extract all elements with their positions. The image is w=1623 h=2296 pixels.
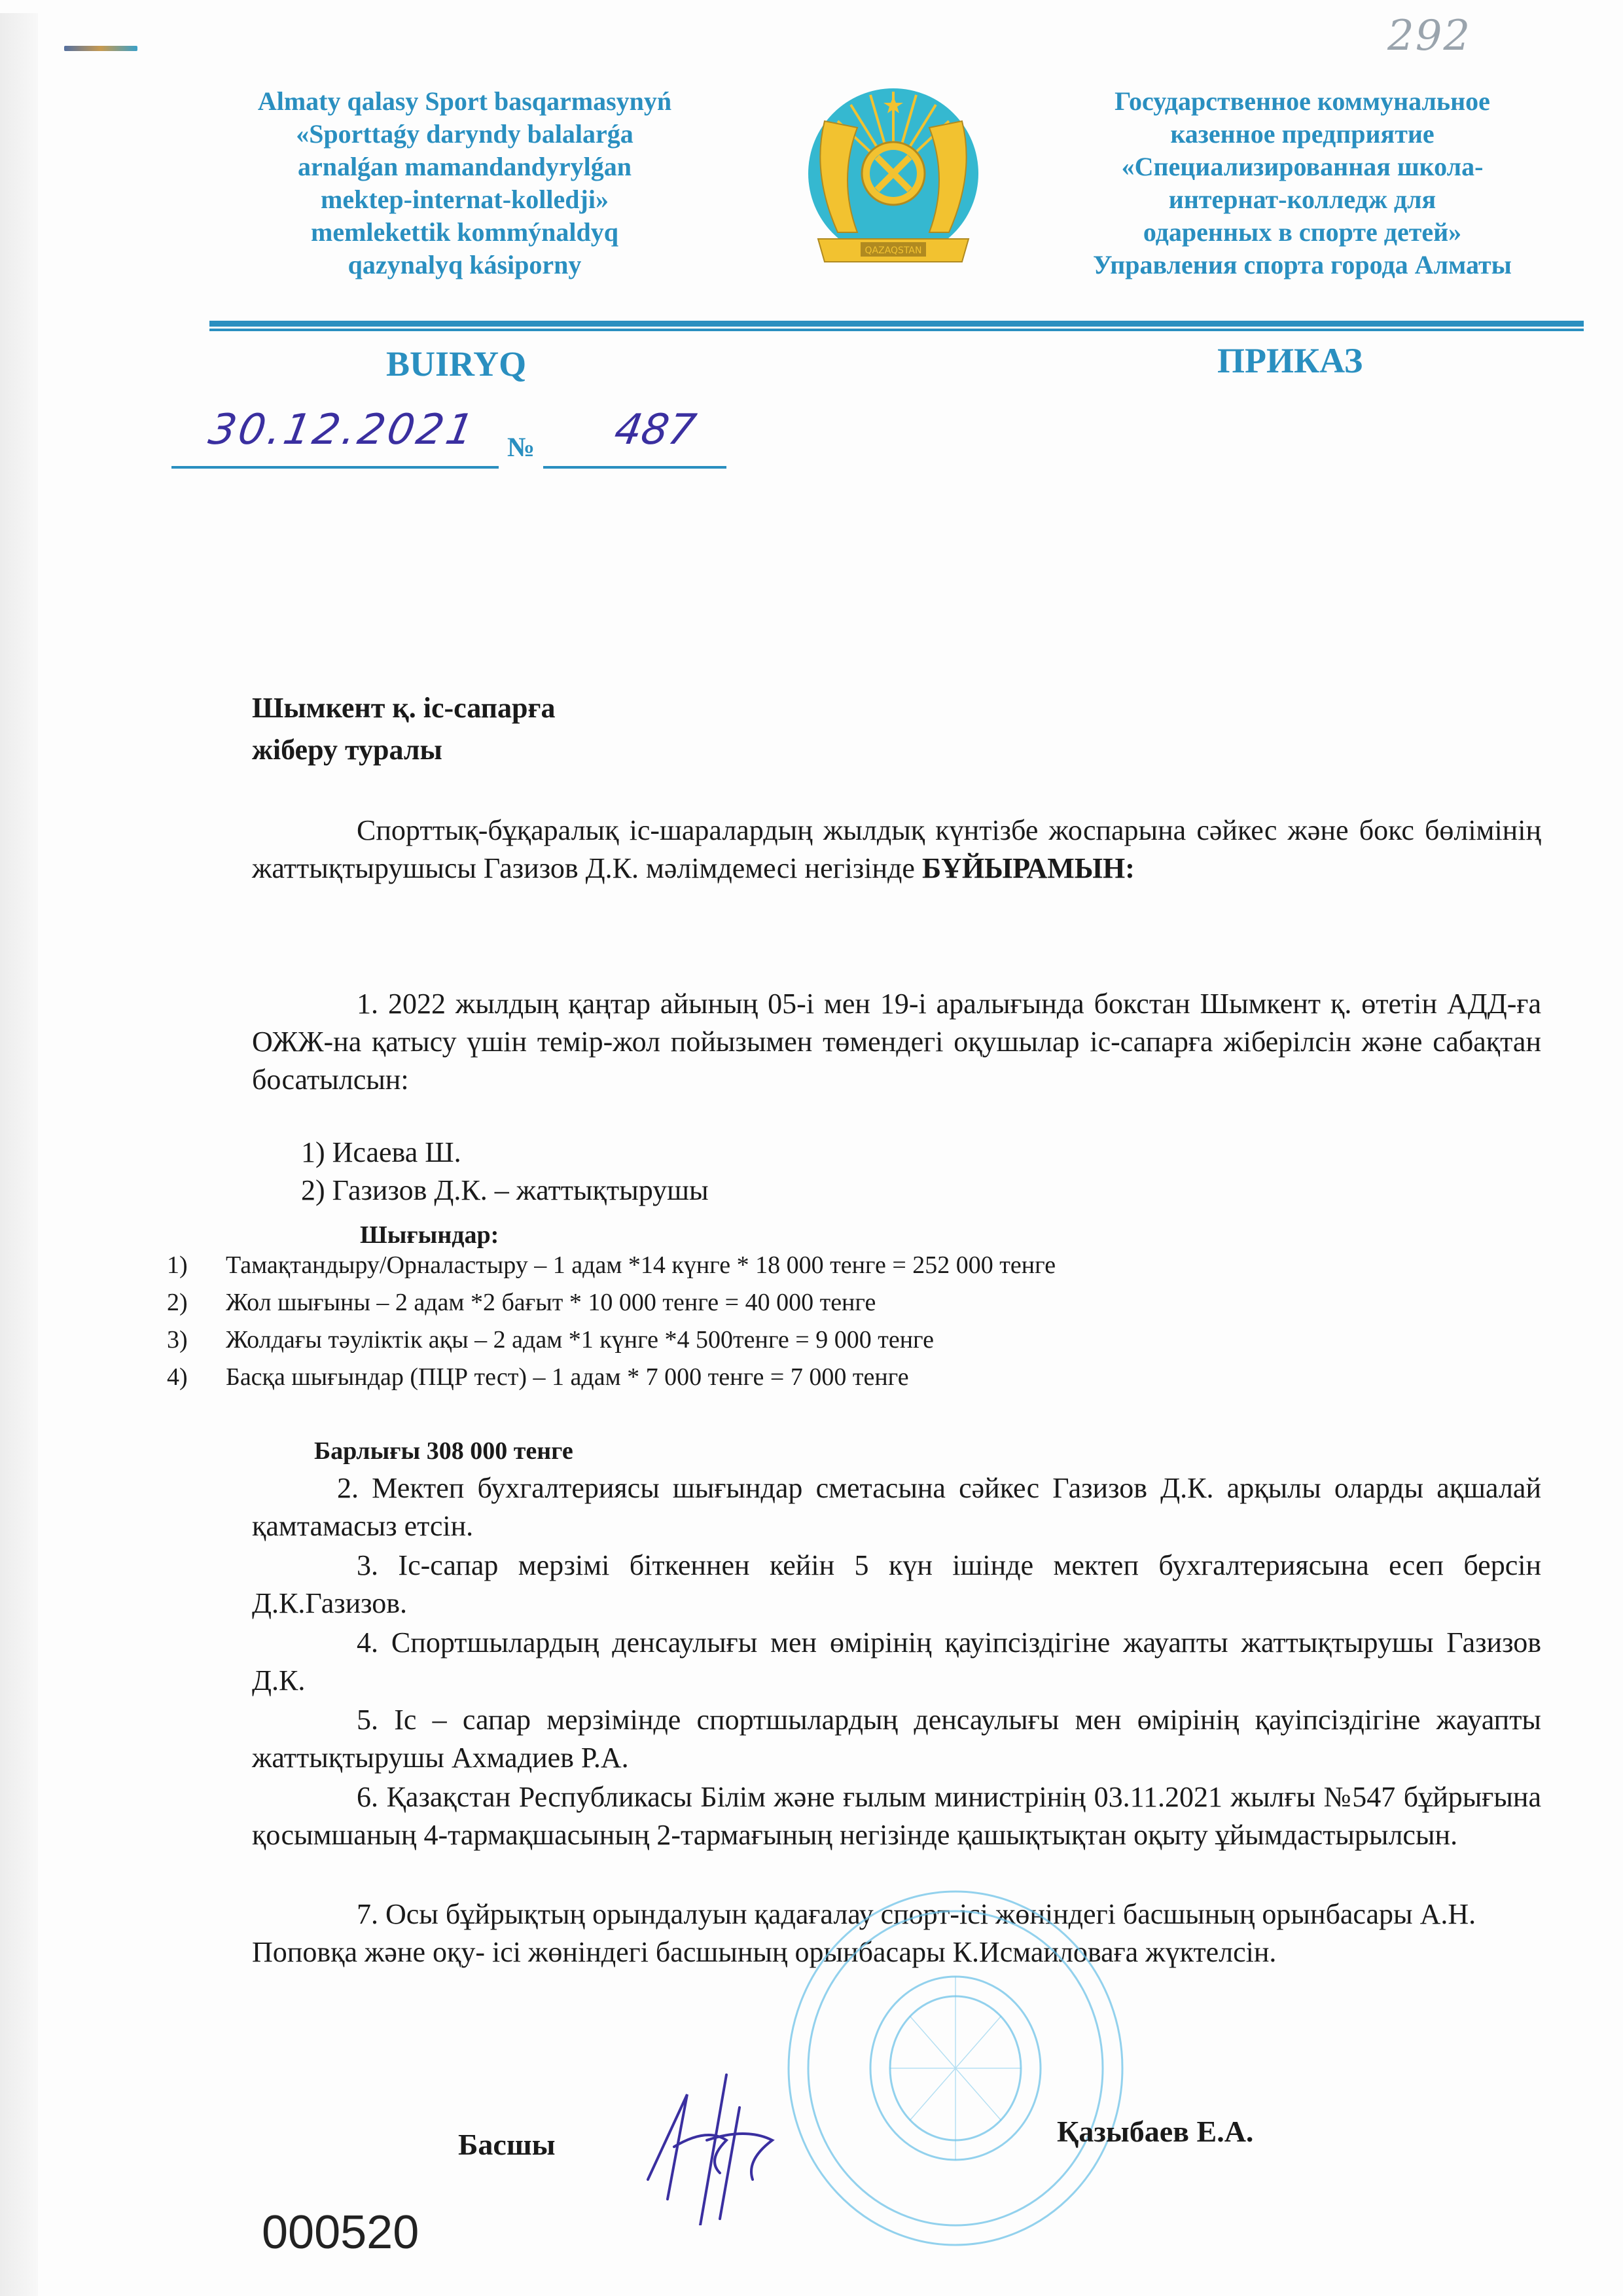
subject-line: Шымкент қ. іс-сапарға xyxy=(252,687,555,729)
letterhead-org-kz: Almaty qalasy Sport basqarmasynyń «Sport… xyxy=(216,85,713,281)
order-item-4: 4. Спортшылардың денсаулығы мен өмірінің… xyxy=(252,1624,1541,1700)
org-ru-line: «Специализированная школа- xyxy=(1041,151,1564,183)
org-kz-line: qazynalyq kásiporny xyxy=(216,249,713,281)
expenses-total: Барлығы 308 000 тенге xyxy=(314,1437,573,1465)
expenses-title: Шығындар: xyxy=(360,1221,499,1249)
order-number: 487 xyxy=(611,406,699,454)
org-ru-line: казенное предприятие xyxy=(1041,118,1564,151)
order-subject: Шымкент қ. іс-сапарға жіберу туралы xyxy=(252,687,555,771)
order-item-5: 5. Іс – сапар мерзімінде спортшылардың д… xyxy=(252,1701,1541,1777)
org-kz-line: arnalǵan mamandandyrylǵan xyxy=(216,151,713,183)
participant-1: 1) Исаева Ш. xyxy=(301,1134,461,1172)
letterhead-org-ru: Государственное коммунальное казенное пр… xyxy=(1041,85,1564,281)
org-kz-line: «Sporttaǵy daryndy balalarǵa xyxy=(216,118,713,151)
intro-paragraph: Спорттық-бұқаралық іс-шаралардың жылдық … xyxy=(252,812,1541,888)
org-kz-line: Almaty qalasy Sport basqarmasynyń xyxy=(216,85,713,118)
order-item-2: 2. Мектеп бухгалтериясы шығындар сметасы… xyxy=(252,1469,1541,1545)
org-ru-line: одаренных в спорте детей» xyxy=(1041,216,1564,249)
number-sign: № xyxy=(507,432,535,463)
org-kz-line: mektep-internat-kolledji» xyxy=(216,183,713,216)
header-divider-thick xyxy=(209,321,1584,327)
org-ru-line: Управления спорта города Алматы xyxy=(1041,249,1564,281)
header-divider-thin xyxy=(209,329,1584,331)
expense-item: 1)Тамақтандыру/Орналастыру – 1 адам *14 … xyxy=(167,1247,1056,1283)
org-kz-line: memlekettik kommýnaldyq xyxy=(216,216,713,249)
expense-item: 3)Жолдағы тәуліктік ақы – 2 адам *1 күнг… xyxy=(167,1321,934,1358)
svg-text:QAZAQSTAN: QAZAQSTAN xyxy=(865,245,922,256)
handwritten-page-number: 292 xyxy=(1387,12,1471,60)
document-serial-number: 000520 xyxy=(262,2206,419,2259)
handwritten-signature-icon xyxy=(628,2068,910,2225)
doc-type-kz: BUIRYQ xyxy=(386,344,526,384)
subject-line: жіберу туралы xyxy=(252,729,555,771)
order-item-3: 3. Іс-сапар мерзімі біткеннен кейін 5 кү… xyxy=(252,1547,1541,1623)
order-date: 30.12.2021 xyxy=(205,406,479,454)
expense-item: 2)Жол шығыны – 2 адам *2 бағыт * 10 000 … xyxy=(167,1284,876,1321)
order-item-1: 1. 2022 жылдың қаңтар айының 05-і мен 19… xyxy=(252,985,1541,1099)
org-ru-line: интернат-колледж для xyxy=(1041,183,1564,216)
date-underline xyxy=(171,466,499,469)
doc-type-ru: ПРИКАЗ xyxy=(1217,340,1363,381)
intro-order-word: БҰЙЫРАМЫН: xyxy=(922,852,1135,884)
intro-text: Спорттық-бұқаралық іс-шаралардың жылдық … xyxy=(252,814,1541,884)
participant-2: 2) Газизов Д.К. – жаттықтырушы xyxy=(301,1172,709,1210)
kazakhstan-emblem-icon: QAZAQSTAN xyxy=(798,82,988,278)
org-ru-line: Государственное коммунальное xyxy=(1041,85,1564,118)
scan-edge-shadow xyxy=(0,13,38,2296)
item-1-text: 1. 2022 жылдың қаңтар айының 05-і мен 19… xyxy=(252,988,1541,1096)
order-item-6: 6. Қазақстан Республикасы Білім және ғыл… xyxy=(252,1778,1541,1854)
signatory-title: Басшы xyxy=(458,2127,556,2162)
signatory-name: Қазыбаев Е.А. xyxy=(1057,2114,1253,2149)
corner-mark xyxy=(64,46,137,51)
number-underline xyxy=(543,466,726,469)
expense-item: 4)Басқа шығындар (ПЦР тест) – 1 адам * 7… xyxy=(167,1359,909,1395)
